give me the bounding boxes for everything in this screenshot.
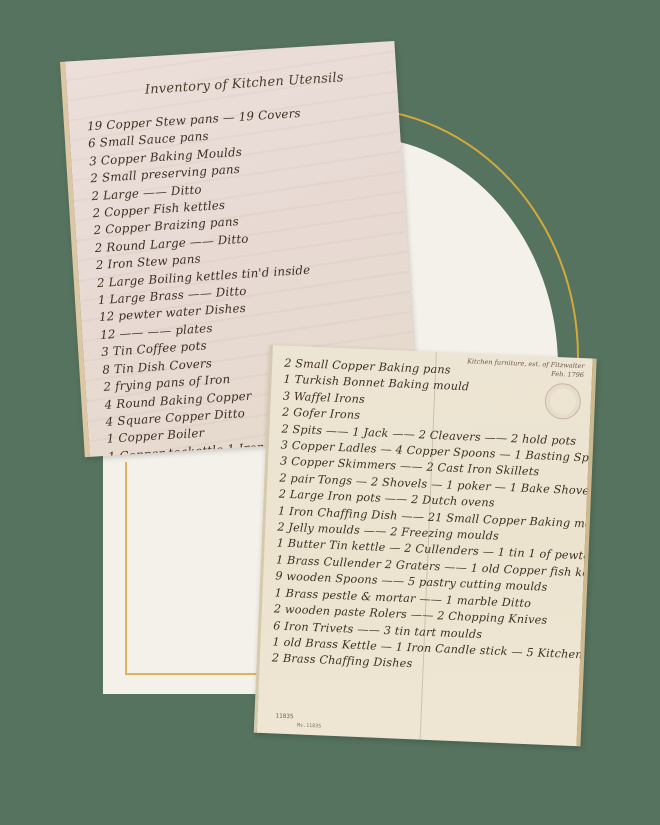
- catalog-subnumber: Ms.11835: [297, 722, 321, 729]
- inventory-list-2: 2 Small Copper Baking pans 1 Turkish Bon…: [272, 356, 597, 682]
- inventory-document-page-2: Kitchen furniture, est. of Fitzwalter Fe…: [254, 345, 597, 746]
- collage-canvas: Inventory of Kitchen Utensils 19 Copper …: [0, 0, 660, 825]
- catalog-number: 11835: [275, 713, 293, 721]
